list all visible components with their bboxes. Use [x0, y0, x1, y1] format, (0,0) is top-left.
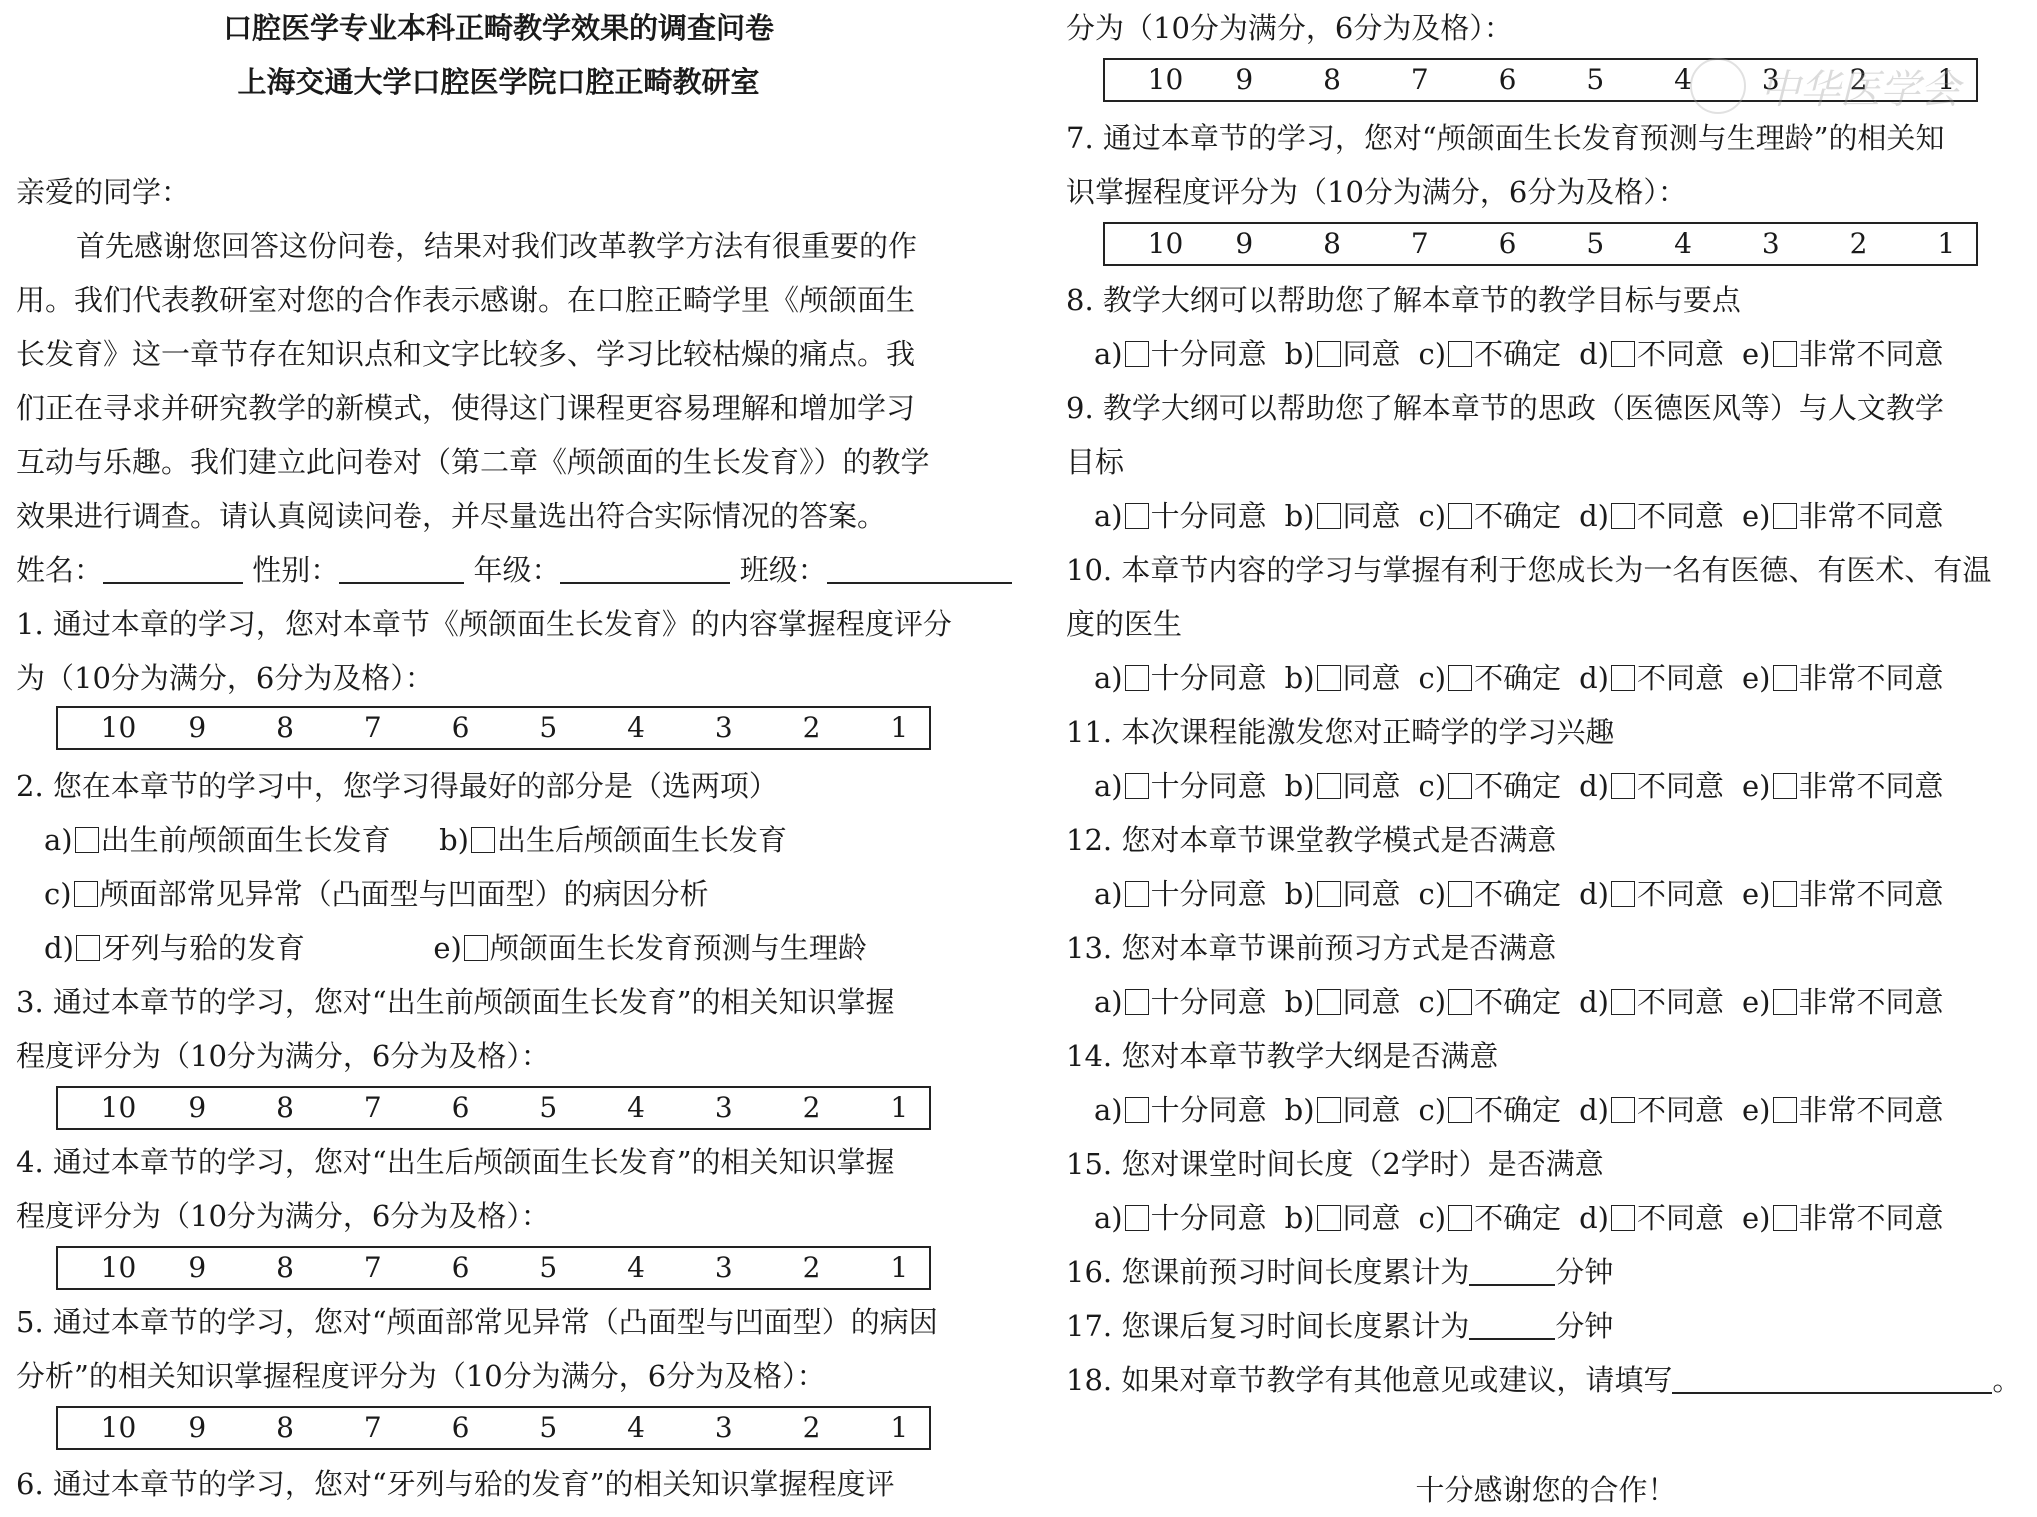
option-key: d): [1579, 1201, 1609, 1235]
option-key: a): [1094, 1093, 1123, 1127]
option-label: 同意: [1343, 985, 1401, 1019]
option-key: c): [1419, 985, 1447, 1019]
scale-value[interactable]: 4: [1674, 227, 1692, 260]
question-3-cont: 程度评分为（10分为满分，6分为及格）：: [16, 1036, 550, 1076]
checkbox[interactable]: [1448, 1097, 1472, 1123]
scale-value[interactable]: 7: [364, 1091, 382, 1124]
option-label: 不同意: [1637, 877, 1724, 911]
question-7: 7. 通过本章节的学习，您对“颅颌面生长发育预测与生理龄”的相关知: [1066, 118, 1945, 158]
question-6: 6. 通过本章节的学习，您对“牙列与𬌗的发育”的相关知识掌握程度评: [16, 1464, 895, 1504]
checkbox[interactable]: [1448, 989, 1472, 1015]
checkbox[interactable]: [1317, 1097, 1341, 1123]
option-label: 十分同意: [1151, 1093, 1267, 1127]
checkbox[interactable]: [1611, 1097, 1635, 1123]
option-key: b): [1285, 769, 1315, 803]
agree-options-q12: a)十分同意b)同意c)不确定d)不同意e)非常不同意: [1066, 874, 1944, 914]
scale-value[interactable]: 8: [276, 1411, 294, 1444]
class-field[interactable]: [827, 552, 1012, 584]
option-key: b): [1285, 499, 1315, 533]
option-label: 不同意: [1637, 1093, 1724, 1127]
option-label: 不同意: [1637, 499, 1724, 533]
agree-options-q10: a)十分同意b)同意c)不确定d)不同意e)非常不同意: [1066, 658, 1944, 698]
checkbox[interactable]: [1125, 1205, 1149, 1231]
question-2: 2. 您在本章节的学习中，您学习得最好的部分是（选两项）: [16, 766, 778, 806]
seal-icon: [1690, 58, 1746, 114]
option-key: d): [1579, 1093, 1609, 1127]
checkbox[interactable]: [1773, 1205, 1797, 1231]
checkbox[interactable]: [1611, 989, 1635, 1015]
checkbox[interactable]: [1448, 773, 1472, 799]
checkbox[interactable]: [75, 827, 99, 853]
name-label: 姓名：: [16, 553, 103, 587]
scale-value[interactable]: 8: [276, 1251, 294, 1284]
checkbox[interactable]: [1611, 665, 1635, 691]
option-label: 不确定: [1474, 499, 1561, 533]
checkbox[interactable]: [1448, 1205, 1472, 1231]
checkbox[interactable]: [1125, 1097, 1149, 1123]
question-4-cont: 程度评分为（10分为满分，6分为及格）：: [16, 1196, 550, 1236]
checkbox[interactable]: [1611, 1205, 1635, 1231]
option-key: a): [1094, 337, 1123, 371]
rating-scale-q3[interactable]: 10987654321: [56, 1086, 931, 1130]
question-14: 14. 您对本章节教学大纲是否满意: [1066, 1036, 1498, 1076]
checkbox[interactable]: [76, 935, 100, 961]
option-key: d): [1579, 661, 1609, 695]
question-18: 18. 如果对章节教学有其他意见或建议，请填写。: [1066, 1360, 2021, 1400]
intro-line: 互动与乐趣。我们建立此问卷对（第二章《颅颌面的生长发育》）的教学: [16, 442, 930, 482]
checkbox[interactable]: [1448, 881, 1472, 907]
question-17: 17. 您课后复习时间长度累计为分钟: [1066, 1306, 1613, 1346]
watermark: 中华医学会: [1690, 58, 1980, 114]
grade-field[interactable]: [560, 552, 730, 584]
option-label: 同意: [1343, 661, 1401, 695]
scale-value[interactable]: 7: [1411, 227, 1429, 260]
rating-scale-q5[interactable]: 10987654321: [56, 1406, 931, 1450]
intro-line: 们正在寻求并研究教学的新模式，使得这门课程更容易理解和增加学习: [16, 388, 915, 428]
checkbox[interactable]: [1773, 773, 1797, 799]
option-label: 非常不同意: [1799, 337, 1944, 371]
question-11: 11. 本次课程能激发您对正畸学的学习兴趣: [1066, 712, 1614, 752]
question-3: 3. 通过本章节的学习，您对“出生前颅颌面生长发育”的相关知识掌握: [16, 982, 895, 1022]
checkbox[interactable]: [1773, 503, 1797, 529]
scale-value[interactable]: 9: [188, 711, 206, 744]
checkbox[interactable]: [1317, 503, 1341, 529]
question-13: 13. 您对本章节课前预习方式是否满意: [1066, 928, 1556, 968]
scale-value[interactable]: 8: [276, 711, 294, 744]
option-label: 非常不同意: [1799, 985, 1944, 1019]
option-label: 非常不同意: [1799, 1201, 1944, 1235]
review-minutes-field[interactable]: [1469, 1308, 1555, 1340]
scale-value[interactable]: 2: [803, 1251, 821, 1284]
option-label: 十分同意: [1151, 661, 1267, 695]
scale-value[interactable]: 7: [364, 711, 382, 744]
option-label: 不同意: [1637, 985, 1724, 1019]
checkbox[interactable]: [1125, 881, 1149, 907]
intro-line: 用。我们代表教研室对您的合作表示感谢。在口腔正畸学里《颅颌面生: [16, 280, 915, 320]
scale-value[interactable]: 8: [1323, 227, 1341, 260]
option-key: c): [1419, 877, 1447, 911]
checkbox[interactable]: [1317, 341, 1341, 367]
scale-value[interactable]: 2: [803, 1091, 821, 1124]
option-label: 非常不同意: [1799, 769, 1944, 803]
option-key: d): [1579, 337, 1609, 371]
page-title: 口腔医学专业本科正畸教学效果的调查问卷: [16, 8, 981, 48]
question-9: 9. 教学大纲可以帮助您了解本章节的思政（医德医风等）与人文教学: [1066, 388, 1944, 428]
option-key: a): [1094, 769, 1123, 803]
question-1-cont: 为（10分为满分，6分为及格）：: [16, 658, 434, 698]
option-label: 不同意: [1637, 337, 1724, 371]
question-12: 12. 您对本章节课堂教学模式是否满意: [1066, 820, 1556, 860]
option-label: 同意: [1343, 1093, 1401, 1127]
question-6-cont: 分为（10分为满分，6分为及格）：: [1066, 8, 1513, 48]
option-key: a): [1094, 1201, 1123, 1235]
scale-value[interactable]: 5: [539, 711, 557, 744]
gender-field[interactable]: [339, 552, 464, 584]
option-label: 不确定: [1474, 1093, 1561, 1127]
scale-value[interactable]: 2: [803, 1411, 821, 1444]
option-label: 不确定: [1474, 769, 1561, 803]
scale-value[interactable]: 1: [890, 1251, 908, 1284]
scale-value[interactable]: 8: [1323, 63, 1341, 96]
scale-value[interactable]: 3: [715, 711, 733, 744]
page-subtitle: 上海交通大学口腔医学院口腔正畸教研室: [16, 62, 981, 102]
scale-value[interactable]: 5: [539, 1251, 557, 1284]
intro-line: 效果进行调查。请认真阅读问卷，并尽量选出符合实际情况的答案。: [16, 496, 886, 536]
scale-value[interactable]: 1: [890, 711, 908, 744]
rating-scale-q4[interactable]: 10987654321: [56, 1246, 931, 1290]
option-key: a): [1094, 661, 1123, 695]
checkbox[interactable]: [471, 827, 495, 853]
option-key: d): [1579, 769, 1609, 803]
question-5: 5. 通过本章节的学习，您对“颅面部常见异常（凸面型与凹面型）的病因: [16, 1302, 938, 1342]
scale-value[interactable]: 4: [627, 711, 645, 744]
agree-options-q14: a)十分同意b)同意c)不确定d)不同意e)非常不同意: [1066, 1090, 1944, 1130]
scale-value[interactable]: 9: [188, 1251, 206, 1284]
checkbox[interactable]: [1773, 1097, 1797, 1123]
name-field[interactable]: [103, 552, 243, 584]
scale-value[interactable]: 10: [101, 1091, 137, 1124]
option-key: e): [1742, 337, 1770, 371]
scale-value[interactable]: 10: [1148, 227, 1184, 260]
checkbox[interactable]: [1125, 341, 1149, 367]
student-info-row: 姓名： 性别： 年级： 班级：: [16, 550, 1012, 590]
checkbox[interactable]: [1448, 665, 1472, 691]
q2-options-ab: a)出生前颅颌面生长发育 b)出生后颅颌面生长发育: [16, 820, 787, 860]
scale-value[interactable]: 6: [452, 711, 470, 744]
scale-value[interactable]: 4: [627, 1411, 645, 1444]
question-5-cont: 分析”的相关知识掌握程度评分为（10分为满分，6分为及格）：: [16, 1356, 826, 1396]
scale-value[interactable]: 5: [539, 1411, 557, 1444]
option-label: 不同意: [1637, 769, 1724, 803]
agree-options-q15: a)十分同意b)同意c)不确定d)不同意e)非常不同意: [1066, 1198, 1944, 1238]
question-1: 1. 通过本章的学习，您对本章节《颅颌面生长发育》的内容掌握程度评分: [16, 604, 952, 644]
scale-value[interactable]: 9: [1235, 227, 1253, 260]
scale-value[interactable]: 1: [890, 1411, 908, 1444]
option-label: 不确定: [1474, 877, 1561, 911]
option-key: a): [1094, 499, 1123, 533]
checkbox[interactable]: [1773, 881, 1797, 907]
option-key: d): [1579, 877, 1609, 911]
scale-value[interactable]: 7: [1411, 63, 1429, 96]
option-label: 非常不同意: [1799, 1093, 1944, 1127]
option-label: 十分同意: [1151, 769, 1267, 803]
scale-value[interactable]: 2: [803, 711, 821, 744]
option-key: b): [1285, 661, 1315, 695]
option-key: c): [1419, 769, 1447, 803]
scale-value[interactable]: 3: [1762, 227, 1780, 260]
option-label: 非常不同意: [1799, 499, 1944, 533]
scale-value[interactable]: 3: [715, 1091, 733, 1124]
checkbox[interactable]: [1611, 503, 1635, 529]
option-label: 不确定: [1474, 661, 1561, 695]
checkbox[interactable]: [1611, 341, 1635, 367]
scale-value[interactable]: 5: [1586, 63, 1604, 96]
checkbox[interactable]: [1773, 989, 1797, 1015]
option-label: 不同意: [1637, 661, 1724, 695]
q2-options-de: d)牙列与𬌗的发育 e)颅颌面生长发育预测与生理龄: [16, 928, 867, 968]
option-label: 非常不同意: [1799, 661, 1944, 695]
rating-scale-q7[interactable]: 10987654321: [1103, 222, 1978, 266]
question-10-cont: 度的医生: [1066, 604, 1182, 644]
checkbox[interactable]: [464, 935, 488, 961]
closing-text: 十分感谢您的合作！: [1066, 1468, 2026, 1509]
option-key: c): [1419, 1093, 1447, 1127]
scale-value[interactable]: 10: [1148, 63, 1184, 96]
agree-options-q11: a)十分同意b)同意c)不确定d)不同意e)非常不同意: [1066, 766, 1944, 806]
option-label: 同意: [1343, 337, 1401, 371]
scale-value[interactable]: 5: [1586, 227, 1604, 260]
question-7-cont: 识掌握程度评分为（10分为满分，6分为及格）：: [1066, 172, 1687, 212]
checkbox[interactable]: [1317, 665, 1341, 691]
checkbox[interactable]: [1125, 665, 1149, 691]
question-15: 15. 您对课堂时间长度（2学时）是否满意: [1066, 1144, 1604, 1184]
scale-value[interactable]: 6: [1499, 227, 1517, 260]
option-label: 不确定: [1474, 337, 1561, 371]
scale-value[interactable]: 7: [364, 1411, 382, 1444]
option-key: e): [1742, 499, 1770, 533]
suggestion-field[interactable]: [1672, 1362, 1992, 1394]
agree-options-q13: a)十分同意b)同意c)不确定d)不同意e)非常不同意: [1066, 982, 1944, 1022]
checkbox[interactable]: [74, 881, 98, 907]
option-label: 同意: [1343, 499, 1401, 533]
option-key: c): [1419, 1201, 1447, 1235]
scale-value[interactable]: 1: [890, 1091, 908, 1124]
checkbox[interactable]: [1611, 881, 1635, 907]
option-label: 同意: [1343, 769, 1401, 803]
agree-options-q8: a)十分同意b)同意c)不确定d)不同意e)非常不同意: [1066, 334, 1944, 374]
scale-value[interactable]: 6: [1499, 63, 1517, 96]
option-label: 不确定: [1474, 1201, 1561, 1235]
scale-value[interactable]: 1: [1937, 227, 1955, 260]
option-label: 不确定: [1474, 985, 1561, 1019]
grade-label: 年级：: [473, 553, 560, 587]
option-key: d): [1579, 499, 1609, 533]
greeting: 亲爱的同学：: [16, 172, 190, 212]
option-key: b): [1285, 337, 1315, 371]
class-label: 班级：: [740, 553, 827, 587]
rating-scale-q1[interactable]: 10987654321: [56, 706, 931, 750]
question-9-cont: 目标: [1066, 442, 1124, 482]
scale-value[interactable]: 6: [452, 1411, 470, 1444]
checkbox[interactable]: [1773, 341, 1797, 367]
scale-value[interactable]: 9: [188, 1411, 206, 1444]
option-key: b): [1285, 1201, 1315, 1235]
checkbox[interactable]: [1317, 1205, 1341, 1231]
q2-option-c: c)颅面部常见异常（凸面型与凹面型）的病因分析: [16, 874, 709, 914]
option-label: 十分同意: [1151, 1201, 1267, 1235]
scale-value[interactable]: 10: [101, 1411, 137, 1444]
checkbox[interactable]: [1317, 881, 1341, 907]
intro-line: 首先感谢您回答这份问卷，结果对我们改革教学方法有很重要的作: [16, 226, 917, 266]
option-key: e): [1742, 1201, 1770, 1235]
option-key: c): [1419, 661, 1447, 695]
option-label: 同意: [1343, 877, 1401, 911]
checkbox[interactable]: [1448, 341, 1472, 367]
option-key: e): [1742, 877, 1770, 911]
agree-options-q9: a)十分同意b)同意c)不确定d)不同意e)非常不同意: [1066, 496, 1944, 536]
scale-value[interactable]: 6: [452, 1251, 470, 1284]
option-key: c): [1419, 499, 1447, 533]
intro-line: 长发育》这一章节存在知识点和文字比较多、学习比较枯燥的痛点。我: [16, 334, 915, 374]
option-label: 十分同意: [1151, 337, 1267, 371]
checkbox[interactable]: [1125, 773, 1149, 799]
scale-value[interactable]: 10: [101, 1251, 137, 1284]
scale-value[interactable]: 3: [715, 1251, 733, 1284]
option-label: 十分同意: [1151, 877, 1267, 911]
option-label: 不同意: [1637, 1201, 1724, 1235]
option-key: e): [1742, 769, 1770, 803]
scale-value[interactable]: 7: [364, 1251, 382, 1284]
option-key: c): [1419, 337, 1447, 371]
option-label: 十分同意: [1151, 499, 1267, 533]
question-10: 10. 本章节内容的学习与掌握有利于您成长为一名有医德、有医术、有温: [1066, 550, 1991, 590]
checkbox[interactable]: [1317, 989, 1341, 1015]
scale-value[interactable]: 6: [452, 1091, 470, 1124]
option-key: a): [1094, 985, 1123, 1019]
option-key: b): [1285, 985, 1315, 1019]
question-8: 8. 教学大纲可以帮助您了解本章节的教学目标与要点: [1066, 280, 1741, 320]
scale-value[interactable]: 3: [715, 1411, 733, 1444]
option-key: e): [1742, 661, 1770, 695]
scale-value[interactable]: 2: [1850, 227, 1868, 260]
checkbox[interactable]: [1448, 503, 1472, 529]
option-label: 非常不同意: [1799, 877, 1944, 911]
scale-value[interactable]: 5: [539, 1091, 557, 1124]
checkbox[interactable]: [1125, 989, 1149, 1015]
checkbox[interactable]: [1125, 503, 1149, 529]
scale-value[interactable]: 9: [1235, 63, 1253, 96]
scale-value[interactable]: 10: [101, 711, 137, 744]
checkbox[interactable]: [1611, 773, 1635, 799]
question-16: 16. 您课前预习时间长度累计为分钟: [1066, 1252, 1613, 1292]
option-key: e): [1742, 985, 1770, 1019]
scale-value[interactable]: 9: [188, 1091, 206, 1124]
option-label: 十分同意: [1151, 985, 1267, 1019]
scale-value[interactable]: 8: [276, 1091, 294, 1124]
preview-minutes-field[interactable]: [1469, 1254, 1555, 1286]
option-label: 同意: [1343, 1201, 1401, 1235]
option-key: b): [1285, 877, 1315, 911]
checkbox[interactable]: [1773, 665, 1797, 691]
option-key: e): [1742, 1093, 1770, 1127]
question-4: 4. 通过本章节的学习，您对“出生后颅颌面生长发育”的相关知识掌握: [16, 1142, 895, 1182]
checkbox[interactable]: [1317, 773, 1341, 799]
scale-value[interactable]: 4: [627, 1251, 645, 1284]
option-key: a): [1094, 877, 1123, 911]
option-key: d): [1579, 985, 1609, 1019]
scale-value[interactable]: 4: [627, 1091, 645, 1124]
option-key: b): [1285, 1093, 1315, 1127]
gender-label: 性别：: [252, 553, 339, 587]
